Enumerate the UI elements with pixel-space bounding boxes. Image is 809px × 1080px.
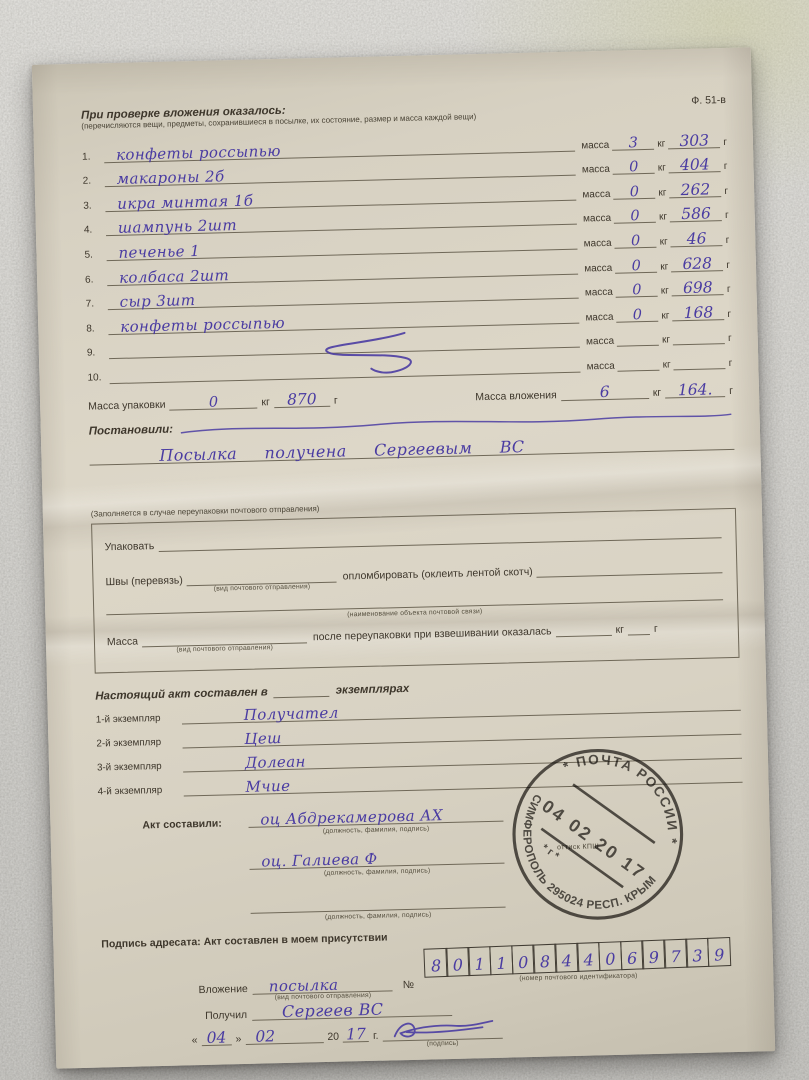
seal-label: опломбировать (оклеить лентой скотч) <box>343 566 533 583</box>
kg-label: кг <box>663 359 671 370</box>
digit-cell: 8 <box>423 948 447 978</box>
seams-label: Швы (перевязь) <box>105 574 183 588</box>
g-blank: 628 <box>671 270 723 272</box>
item-number: 4. <box>84 225 106 238</box>
contents-g-blank: 164. <box>665 396 725 398</box>
mass-group: масса 0 кг 404 г <box>576 161 728 176</box>
item-number: 10. <box>87 372 109 385</box>
item-number: 6. <box>85 274 107 287</box>
seams-note: (вид почтового отправления) <box>214 583 311 592</box>
digit-cell: 8 <box>532 944 556 974</box>
mass-label: масса <box>585 312 613 324</box>
kg-label: кг <box>653 387 662 399</box>
photo-of-postal-form: При проверке вложения оказалось: Ф. 51-в… <box>0 0 809 1080</box>
g-label: г <box>723 137 727 148</box>
kg-blank: 0 <box>615 247 657 249</box>
ink-squiggle <box>286 326 442 384</box>
packing-g-blank: 870 <box>274 406 330 408</box>
digit: 0 <box>512 953 534 973</box>
digit-cell: 4 <box>576 942 600 972</box>
contents-g-value: 164. <box>665 380 725 399</box>
enclosure-label: Вложение <box>198 983 248 996</box>
mass-group: масса 0 кг 46 г <box>578 235 730 250</box>
g-label: г <box>727 309 731 320</box>
kg-label: кг <box>657 138 665 149</box>
g-value <box>674 370 726 371</box>
contents-kg-value: 6 <box>561 382 649 402</box>
kg-value: 0 <box>616 306 658 323</box>
mass-label: масса <box>586 336 614 348</box>
g-value: 303 <box>668 131 720 150</box>
g-value: 46 <box>670 229 722 248</box>
digit: 1 <box>468 954 490 974</box>
item-number: 7. <box>86 298 108 311</box>
mass-label: масса <box>584 262 612 274</box>
composed-entry: оц. Галиева Ф (должность, фамилия, подпи… <box>249 843 505 879</box>
digit-cell: 1 <box>489 945 513 975</box>
g-label: г <box>725 210 729 221</box>
mass-label: масса <box>583 213 611 225</box>
kg-label: кг <box>661 310 669 321</box>
kg-value: 0 <box>613 159 655 176</box>
item-number: 2. <box>83 175 105 188</box>
kg-value: 0 <box>614 233 656 250</box>
mass-label: масса <box>587 361 615 373</box>
digit-cell: 9 <box>707 937 731 967</box>
digit: 4 <box>555 951 577 971</box>
month-value: 02 <box>245 1026 333 1046</box>
contents-kg-blank: 6 <box>561 398 649 401</box>
signature-blank: (подпись) <box>383 1038 503 1042</box>
kg-value <box>618 372 660 373</box>
kg-label: кг <box>662 335 670 346</box>
digit-cell: 9 <box>641 939 665 969</box>
copy-handwriting: Мчие <box>245 777 290 796</box>
quote-close: » <box>235 1033 241 1045</box>
mass-group: масса 0 кг 586 г <box>577 210 729 225</box>
digit-cell: 3 <box>685 938 709 968</box>
g-label: г <box>724 186 728 197</box>
quote-open: « <box>192 1034 198 1046</box>
g-label: г <box>728 333 732 344</box>
seal-blank <box>536 558 722 578</box>
item-number: 5. <box>84 249 106 262</box>
year-blank: 17 <box>343 1041 369 1043</box>
kg-label: кг <box>658 187 666 198</box>
packing-kg-value: 0 <box>169 393 257 411</box>
g-blank: 46 <box>671 245 723 247</box>
item-number: 3. <box>83 200 105 213</box>
g-label: г <box>334 394 338 406</box>
date-row: « 04 » 02 20 17 г. (подпись) <box>192 1021 749 1047</box>
g-label: г <box>727 284 731 295</box>
kg-label: кг <box>659 212 667 223</box>
digit-cell: 0 <box>445 947 469 977</box>
enclosure-blank: посылка (вид почтового отправления) <box>253 990 393 994</box>
kg-label: кг <box>660 236 668 247</box>
number-sign: № <box>403 979 415 991</box>
g-value: 404 <box>669 155 721 174</box>
digit: 8 <box>425 956 447 976</box>
digit: 7 <box>664 947 686 967</box>
g-label: г <box>726 235 730 246</box>
mass-label: масса <box>582 189 610 201</box>
g-label: г <box>729 385 733 397</box>
g-blank: 586 <box>670 220 722 222</box>
composed-label: Акт составили: <box>142 817 222 831</box>
repack-box: Упаковать Швы (перевязь) (вид почтового … <box>91 508 739 674</box>
g-label: г <box>726 260 730 271</box>
copy-label: 2-й экземпляр <box>96 736 182 750</box>
digit: 9 <box>708 945 730 965</box>
mass-label: масса <box>585 287 613 299</box>
kg-value: 3 <box>612 134 654 151</box>
digit: 0 <box>446 955 468 975</box>
form-content: При проверке вложения оказалось: Ф. 51-в… <box>32 47 775 1068</box>
kg-blank: 0 <box>615 271 657 273</box>
mass-label: масса <box>582 164 610 176</box>
digit: 6 <box>621 948 643 968</box>
kg-blank: 0 <box>614 198 656 200</box>
kg-label: кг <box>261 396 270 408</box>
mass-group: масса 3 кг 303 г <box>575 137 727 152</box>
item-list: 1. конфеты россыпью масса 3 кг 303 г 2. … <box>82 123 733 385</box>
g-value: 262 <box>669 180 721 199</box>
repack-mass-blank: (вид почтового отправления) <box>142 642 307 647</box>
form-paper: При проверке вложения оказалось: Ф. 51-в… <box>32 47 775 1068</box>
digit-cell: 4 <box>554 943 578 973</box>
digit: 8 <box>534 952 556 972</box>
packing-mass-label: Масса упаковки <box>88 399 166 413</box>
digit-cell: 7 <box>663 939 687 969</box>
kg-label: кг <box>660 261 668 272</box>
g-value: 586 <box>670 204 722 223</box>
mass-label: масса <box>584 238 612 250</box>
mass-group: масса кг г <box>581 358 733 373</box>
g-blank: 303 <box>668 147 720 149</box>
digit: 3 <box>686 946 708 966</box>
contents-mass-label: Масса вложения <box>475 389 557 403</box>
repack-kg-label: кг <box>615 624 624 636</box>
kg-label: кг <box>658 163 666 174</box>
item-number: 1. <box>82 151 104 164</box>
mass-label: масса <box>581 139 609 151</box>
kg-blank: 0 <box>616 296 658 298</box>
packing-g-value: 870 <box>274 390 330 409</box>
repack-g-label: г <box>654 623 658 635</box>
copy-label: 4-й экземпляр <box>97 784 183 798</box>
resolution-label: Постановили: <box>89 424 174 438</box>
mass-group: масса 0 кг 628 г <box>578 260 730 275</box>
facility-row: (наименование объекта почтовой связи) <box>106 599 723 624</box>
packing-kg-blank: 0 <box>170 407 258 410</box>
form-code: Ф. 51-в <box>691 94 726 107</box>
month-blank: 02 <box>246 1042 324 1045</box>
mass-group: масса 0 кг 698 г <box>579 284 731 299</box>
received-label: Получил <box>205 1009 247 1022</box>
year-value: 17 <box>343 1025 369 1044</box>
kg-blank <box>618 370 660 372</box>
pack-label: Упаковать <box>105 540 155 553</box>
composed-entry: (должность, фамилия, подпись) <box>250 887 506 923</box>
digit: 4 <box>577 950 599 970</box>
g-blank <box>674 368 726 370</box>
repack-mass-label: Масса <box>107 635 138 648</box>
pack-blank <box>158 523 722 552</box>
repack-mass-text: после переупаковки при взвешивании оказа… <box>313 625 552 643</box>
repack-g-blank <box>628 634 650 636</box>
identifier-boxes: 8 0 1 1 0 8 4 4 0 6 9 7 3 9 <box>425 939 731 984</box>
kg-value: 0 <box>613 184 655 201</box>
digit: 9 <box>642 947 664 967</box>
mass-group: масса 0 кг 168 г <box>579 309 731 324</box>
signature-note: (подпись) <box>427 1040 459 1048</box>
g-label: г <box>729 358 733 369</box>
kg-blank: 0 <box>613 173 655 175</box>
stamp-center-mark: * г * <box>539 843 561 863</box>
digit: 1 <box>490 953 512 973</box>
enclosure-row: Вложение посылка (вид почтового отправле… <box>198 945 748 996</box>
g-value: 698 <box>672 278 724 297</box>
facility-note: (наименование объекта почтовой связи) <box>106 602 723 624</box>
g-blank: 262 <box>670 196 722 198</box>
repack-seams-row: Швы (перевязь) (вид почтового отправлени… <box>105 558 722 588</box>
repack-mass-note: (вид почтового отправления) <box>176 644 273 653</box>
g-blank: 404 <box>669 171 721 173</box>
kg-blank: 3 <box>612 148 654 150</box>
kg-value: 0 <box>615 257 657 274</box>
item-number: 8. <box>86 323 108 336</box>
g-blank: 168 <box>673 319 725 321</box>
digit-cell: 0 <box>511 944 535 974</box>
kg-label: кг <box>661 286 669 297</box>
repack-mass-row: Масса (вид почтового отправления) после … <box>107 621 724 648</box>
seams-blank: (вид почтового отправления) <box>187 582 337 587</box>
composed-entry: оц Абдрекамерова АХ (должность, фамилия,… <box>248 801 504 837</box>
copy-label: 1-й экземпляр <box>96 712 182 726</box>
kg-blank: 0 <box>617 320 659 322</box>
item-number: 9. <box>87 347 109 360</box>
g-value: 168 <box>672 303 724 322</box>
repack-kg-blank <box>556 635 612 637</box>
kg-value: 0 <box>614 208 656 225</box>
day-value: 04 <box>201 1028 231 1047</box>
mass-group: масса 0 кг 262 г <box>576 186 728 201</box>
g-blank: 698 <box>672 294 724 296</box>
day-blank: 04 <box>202 1044 232 1046</box>
spacer <box>342 403 472 406</box>
g-label: г <box>724 161 728 172</box>
repack-pack-row: Упаковать <box>104 523 721 553</box>
kg-value: 0 <box>616 282 658 299</box>
year-suffix: г. <box>373 1030 379 1042</box>
digit-cell: 1 <box>467 946 491 976</box>
copy-label: 3-й экземпляр <box>97 760 183 774</box>
received-handwriting: Сергеев ВС <box>282 1000 384 1021</box>
composed-handwriting: оц. Галиева Ф <box>261 850 377 871</box>
kg-blank: 0 <box>614 222 656 224</box>
g-value: 628 <box>671 254 723 273</box>
